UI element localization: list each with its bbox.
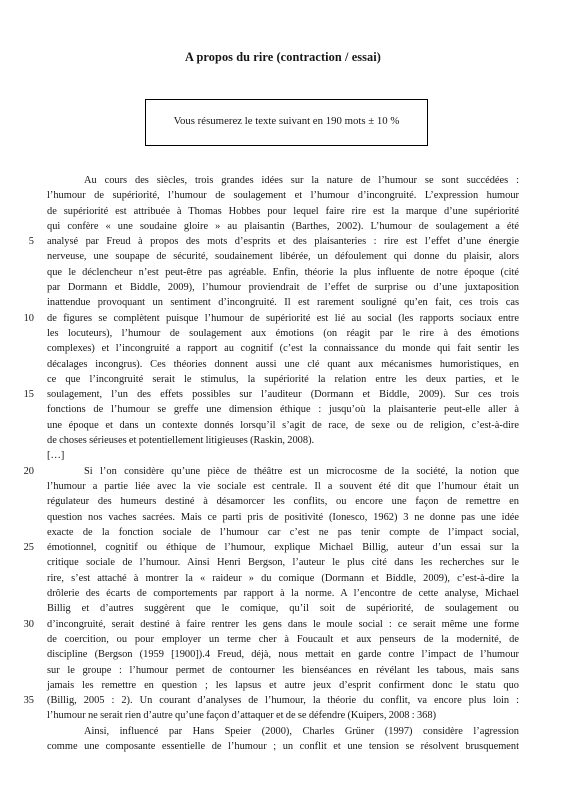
text-line: fonctions de l’humour se greffe une dime… bbox=[0, 402, 566, 417]
line-text: nerveuse, une soupape de sécurité, souda… bbox=[47, 249, 519, 264]
line-text: les locuteurs), l’humour de soulagement … bbox=[47, 326, 519, 341]
line-text: l’humour a partie liée avec la vie socia… bbox=[47, 479, 519, 494]
text-line: exacte de la fonction sociale de l’humou… bbox=[0, 525, 566, 540]
line-text: inattendue provoquant un sentiment d’inc… bbox=[47, 295, 519, 310]
text-line: de choses sérieuses et potentiellement l… bbox=[0, 433, 566, 448]
line-text: d’incongruité, serait destiné à faire re… bbox=[47, 617, 519, 632]
text-line: Au cours des siècles, trois grandes idée… bbox=[0, 173, 566, 188]
line-text: décalages incongrus). Ces théories donne… bbox=[47, 357, 519, 372]
text-line: question nos vaches sacrées. Mais ce par… bbox=[0, 510, 566, 525]
line-text: drôlerie des écarts de comportements par… bbox=[47, 586, 519, 601]
line-text: analysé par Freud à propos des mots d’es… bbox=[47, 234, 519, 249]
line-text: Si l’on considère qu’une pièce de théâtr… bbox=[47, 464, 519, 479]
line-text: l’humour de supériorité, l’humour de sou… bbox=[47, 188, 519, 203]
instruction-box: Vous résumerez le texte suivant en 190 m… bbox=[145, 99, 428, 146]
text-line: l’humour de supériorité, l’humour de sou… bbox=[0, 188, 566, 203]
text-line: 5analysé par Freud à propos des mots d’e… bbox=[0, 234, 566, 249]
text-line: de supériorité est attribuée à Thomas Ho… bbox=[0, 204, 566, 219]
text-line: 30d’incongruité, serait destiné à faire … bbox=[0, 617, 566, 632]
line-text: une époque et dans un contexte donnés lo… bbox=[47, 418, 519, 433]
line-number: 30 bbox=[0, 617, 34, 632]
line-text: jamais les remettre en question ; les la… bbox=[47, 678, 519, 693]
line-text: Ainsi, influencé par Hans Speier (2000),… bbox=[47, 724, 519, 739]
text-line: rire, s’est attaché à montrer la « raide… bbox=[0, 571, 566, 586]
text-line: par Dormann et Biddle, 2009), l’humour p… bbox=[0, 280, 566, 295]
line-text: de supériorité est attribuée à Thomas Ho… bbox=[47, 204, 519, 219]
line-text: question nos vaches sacrées. Mais ce par… bbox=[47, 510, 519, 525]
document-title: A propos du rire (contraction / essai) bbox=[0, 50, 566, 65]
line-text: de choses sérieuses et potentiellement l… bbox=[47, 433, 519, 448]
text-line: ce que l’incongruité serait le stimulus,… bbox=[0, 372, 566, 387]
line-text: comme une composante essentielle de l’hu… bbox=[47, 739, 519, 754]
instruction-text: Vous résumerez le texte suivant en 190 m… bbox=[174, 115, 400, 127]
text-line: discipline (Bergson (1959 [1900]).4 Freu… bbox=[0, 647, 566, 662]
text-line: sur le groupe : l’humour permet de conto… bbox=[0, 663, 566, 678]
line-text: rire, s’est attaché à montrer la « raide… bbox=[47, 571, 519, 586]
text-line: régulateur des humeurs destiné à désamor… bbox=[0, 494, 566, 509]
line-text: émotionnel, cognitif ou éthique de l’hum… bbox=[47, 540, 519, 555]
line-text: soulagement, l’un des effets possibles s… bbox=[47, 387, 519, 402]
document-page: A propos du rire (contraction / essai) V… bbox=[0, 0, 566, 800]
text-line: jamais les remettre en question ; les la… bbox=[0, 678, 566, 693]
text-line: 35(Billig, 2005 : 2). Un courant d’analy… bbox=[0, 693, 566, 708]
line-text: sur le groupe : l’humour permet de conto… bbox=[47, 663, 519, 678]
text-line: que le déclencheur n’est peut-être pas a… bbox=[0, 265, 566, 280]
line-text: (Billig, 2005 : 2). Un courant d’analyse… bbox=[47, 693, 519, 708]
line-text: régulateur des humeurs destiné à désamor… bbox=[47, 494, 519, 509]
line-text: de coercition, ou pour employer un terme… bbox=[47, 632, 519, 647]
text-line: décalages incongrus). Ces théories donne… bbox=[0, 357, 566, 372]
text-line: l’humour ne serait rien d’autre qu’une f… bbox=[0, 708, 566, 723]
text-line: 25émotionnel, cognitif ou éthique de l’h… bbox=[0, 540, 566, 555]
text-line: 10de figures se complètent puisque l’hum… bbox=[0, 311, 566, 326]
line-text: Au cours des siècles, trois grandes idée… bbox=[47, 173, 519, 188]
body-text: Au cours des siècles, trois grandes idée… bbox=[0, 173, 566, 754]
text-line: l’humour a partie liée avec la vie socia… bbox=[0, 479, 566, 494]
line-number: 15 bbox=[0, 387, 34, 402]
text-line: qui confère « une soudaine gloire » au p… bbox=[0, 219, 566, 234]
text-line: une époque et dans un contexte donnés lo… bbox=[0, 418, 566, 433]
text-line: Ainsi, influencé par Hans Speier (2000),… bbox=[0, 724, 566, 739]
text-line: critique sociale de l’humour. Ainsi Henr… bbox=[0, 555, 566, 570]
line-text: […] bbox=[47, 448, 519, 463]
text-line: de coercition, ou pour employer un terme… bbox=[0, 632, 566, 647]
line-number: 20 bbox=[0, 464, 34, 479]
text-line: 20Si l’on considère qu’une pièce de théâ… bbox=[0, 464, 566, 479]
text-line: les locuteurs), l’humour de soulagement … bbox=[0, 326, 566, 341]
line-number: 35 bbox=[0, 693, 34, 708]
text-line: Billig et d’autres suggèrent que le comi… bbox=[0, 601, 566, 616]
line-text: que le déclencheur n’est peut-être pas a… bbox=[47, 265, 519, 280]
text-line: nerveuse, une soupape de sécurité, souda… bbox=[0, 249, 566, 264]
text-line: drôlerie des écarts de comportements par… bbox=[0, 586, 566, 601]
line-text: de figures se complètent puisque l’humou… bbox=[47, 311, 519, 326]
line-text: ce que l’incongruité serait le stimulus,… bbox=[47, 372, 519, 387]
line-text: discipline (Bergson (1959 [1900]).4 Freu… bbox=[47, 647, 519, 662]
text-line: inattendue provoquant un sentiment d’inc… bbox=[0, 295, 566, 310]
text-line: 15soulagement, l’un des effets possibles… bbox=[0, 387, 566, 402]
line-text: critique sociale de l’humour. Ainsi Henr… bbox=[47, 555, 519, 570]
line-text: l’humour ne serait rien d’autre qu’une f… bbox=[47, 708, 519, 723]
text-line: comme une composante essentielle de l’hu… bbox=[0, 739, 566, 754]
line-number: 25 bbox=[0, 540, 34, 555]
line-number: 10 bbox=[0, 311, 34, 326]
line-text: exacte de la fonction sociale de l’humou… bbox=[47, 525, 519, 540]
line-text: complexes) et l’incongruité a rapport au… bbox=[47, 341, 519, 356]
text-line: […] bbox=[0, 448, 566, 463]
line-text: Billig et d’autres suggèrent que le comi… bbox=[47, 601, 519, 616]
text-line: complexes) et l’incongruité a rapport au… bbox=[0, 341, 566, 356]
line-number: 5 bbox=[0, 234, 34, 249]
line-text: par Dormann et Biddle, 2009), l’humour p… bbox=[47, 280, 519, 295]
line-text: qui confère « une soudaine gloire » au p… bbox=[47, 219, 519, 234]
line-text: fonctions de l’humour se greffe une dime… bbox=[47, 402, 519, 417]
